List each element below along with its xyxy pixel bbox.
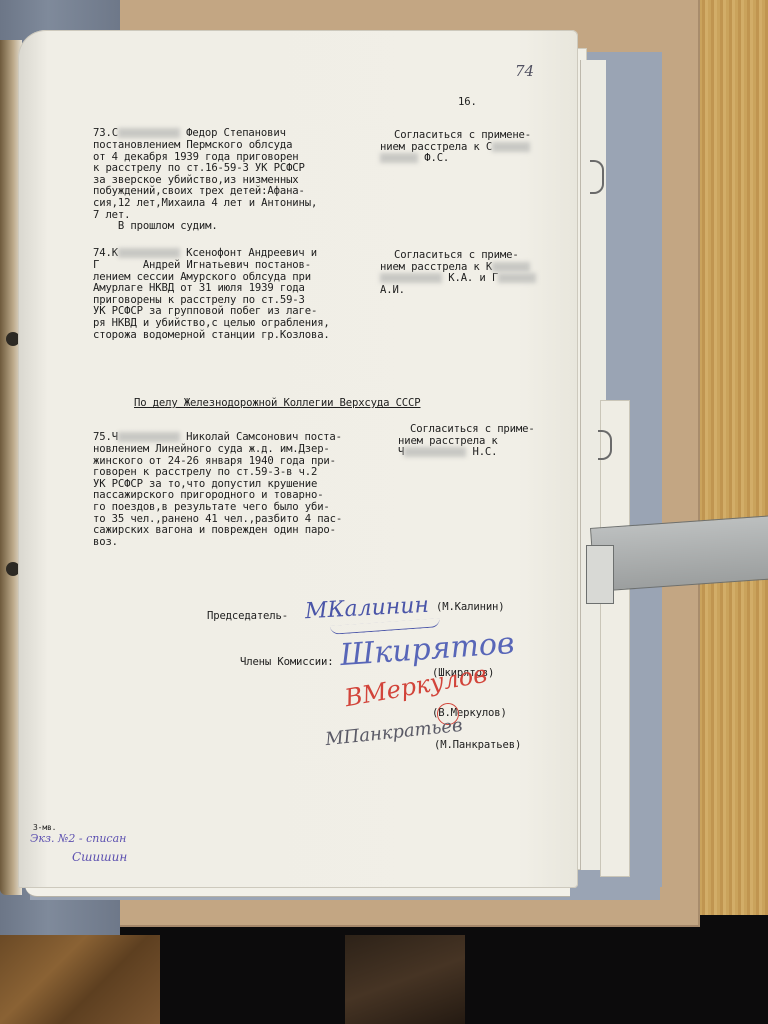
section-heading: По делу Железнодорожной Коллегии Верхсуд…	[134, 398, 421, 410]
resolution-text: Н.С.	[472, 446, 497, 458]
margin-handwritten-signature: Сшишин	[72, 850, 127, 864]
text-line: постановлением Пермского облсуда	[93, 140, 317, 152]
text-line: го поездов,в результате чего было уби-	[93, 502, 342, 514]
members-label: Члены Комиссии:	[240, 657, 333, 669]
redacted-surname	[404, 447, 466, 457]
text-line: новлением Линейного суда ж.д. им.Дзер-	[93, 444, 342, 456]
resolution-line: Ф.С.	[380, 153, 531, 165]
parquet-floor	[0, 935, 160, 1024]
entry-75-resolution: Согласиться с приме-нием расстрела кЧ Н.…	[398, 424, 535, 459]
text-line: Г Андрей Игнатьевич постанов-	[93, 260, 330, 272]
redacted-surname	[380, 273, 442, 283]
metal-binder-clip	[590, 515, 768, 591]
redacted-surname	[118, 248, 180, 258]
entry-number: 75.	[93, 431, 112, 443]
page-number: 16.	[458, 97, 477, 109]
redacted-surname	[380, 153, 418, 163]
entry-73-text: постановлением Пермского облсудаот 4 дек…	[93, 140, 317, 233]
resolution-text: нием расстрела к К	[380, 261, 492, 273]
text-line: сажирских вагона и поврежден один паро-	[93, 525, 342, 537]
resolution-text: Ф.С.	[424, 152, 449, 164]
chairman-name: (М.Калинин)	[436, 602, 505, 614]
resolution-line: К.А. и Г	[380, 273, 536, 285]
entry-74-text: Г Андрей Игнатьевич постанов-лением сесс…	[93, 260, 330, 341]
resolution-line: нием расстрела к С	[380, 142, 531, 154]
metal-binder-clip-end	[586, 545, 614, 604]
entry-75-text: новлением Линейного суда ж.д. им.Дзер-жи…	[93, 444, 342, 548]
entry-73-resolution: Согласиться с примене-нием расстрела к С…	[380, 130, 531, 165]
entry-number: 73.	[93, 127, 112, 139]
margin-handwritten-note: Экз. №2 - списан	[30, 832, 126, 845]
resolution-line: Согласиться с приме-	[398, 424, 535, 436]
entry-number: 74.	[93, 247, 112, 259]
entry-75-header: 75.Ч Николай Самсонович поста-	[93, 432, 342, 444]
text-line: сторожа водомерной станции гр.Козлова.	[93, 330, 330, 342]
name-rest: Николай Самсонович поста-	[186, 431, 342, 443]
wooden-table	[690, 0, 768, 915]
folio-number: 74	[515, 62, 534, 80]
name-rest: Федор Степанович	[186, 127, 286, 139]
text-line: В прошлом судим.	[93, 221, 317, 233]
chairman-label: Председатель-	[207, 611, 288, 623]
staple-wire	[598, 430, 612, 460]
name-rest: Ксенофонт Андреевич и	[186, 247, 317, 259]
text-line: воз.	[93, 537, 342, 549]
redacted-surname	[492, 262, 530, 272]
parquet-floor-shadow	[345, 935, 465, 1024]
redacted-surname	[498, 273, 536, 283]
member3-name: (М.Панкратьев)	[434, 740, 521, 752]
redacted-surname	[492, 142, 530, 152]
resolution-line: Ч Н.С.	[398, 447, 535, 459]
staple-wire	[590, 160, 604, 194]
paper-stack-edge	[600, 400, 630, 877]
entry-74-resolution: Согласиться с приме-нием расстрела к К К…	[380, 250, 536, 296]
entry-73-header: 73.С Федор Степанович	[93, 128, 286, 140]
entry-74-header: 74.К Ксенофонт Андреевич и	[93, 248, 317, 260]
text-line: сия,12 лет,Михаила 4 лет и Антонины,	[93, 198, 317, 210]
resolution-line: А.И.	[380, 285, 536, 297]
text-line: ря НКВД и убийство,с целью ограбления,	[93, 318, 330, 330]
redacted-surname	[118, 128, 180, 138]
redacted-surname	[118, 432, 180, 442]
resolution-text: К.А. и Г	[448, 272, 498, 284]
resolution-text: нием расстрела к С	[380, 141, 492, 153]
